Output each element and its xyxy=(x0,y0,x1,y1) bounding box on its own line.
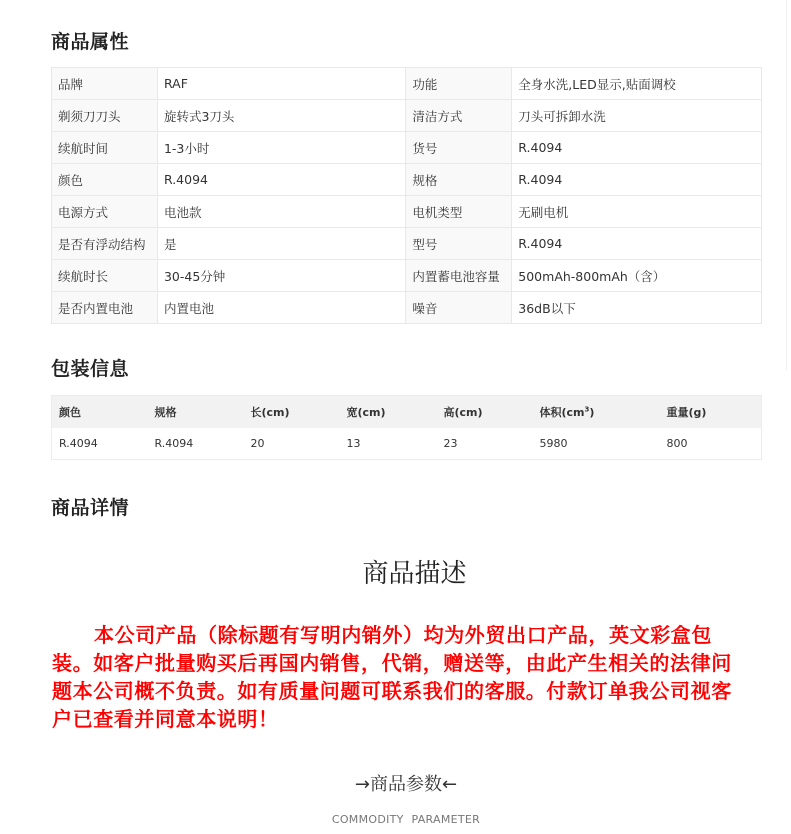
description-heading: 商品描述 xyxy=(0,553,791,590)
col-header-color: 颜色 xyxy=(52,396,148,428)
attribute-label: 内置蓄电池容量 xyxy=(406,260,512,292)
attribute-row: 颜色R.4094规格R.4094 xyxy=(52,164,762,196)
attribute-row: 是否有浮动结构是型号R.4094 xyxy=(52,228,762,260)
attribute-label: 剃须刀刀头 xyxy=(52,100,158,132)
cell-color: R.4094 xyxy=(52,428,148,460)
packaging-title: 包装信息 xyxy=(51,354,129,381)
attribute-value: 30-45分钟 xyxy=(157,260,405,292)
attribute-label: 货号 xyxy=(406,132,512,164)
attribute-value: 无刷电机 xyxy=(512,196,762,228)
attribute-value: 内置电池 xyxy=(157,292,405,324)
attribute-label: 型号 xyxy=(406,228,512,260)
attribute-value: R.4094 xyxy=(512,164,762,196)
attribute-value: R.4094 xyxy=(157,164,405,196)
attribute-value: 刀头可拆卸水洗 xyxy=(512,100,762,132)
col-header-spec: 规格 xyxy=(148,396,244,428)
attribute-value: 500mAh-800mAh（含） xyxy=(512,260,762,292)
cell-volume: 5980 xyxy=(533,428,660,460)
cell-length: 20 xyxy=(244,428,340,460)
cell-weight: 800 xyxy=(660,428,762,460)
col-header-width: 宽(cm) xyxy=(340,396,437,428)
attributes-title: 商品属性 xyxy=(51,27,129,54)
cell-width: 13 xyxy=(340,428,437,460)
cell-spec: R.4094 xyxy=(148,428,244,460)
attribute-value: 电池款 xyxy=(157,196,405,228)
attribute-value: 1-3小时 xyxy=(157,132,405,164)
volume-suffix: ) xyxy=(589,406,594,419)
col-header-length: 长(cm) xyxy=(244,396,340,428)
attribute-label: 续航时长 xyxy=(52,260,158,292)
attribute-label: 规格 xyxy=(406,164,512,196)
attribute-label: 是否内置电池 xyxy=(52,292,158,324)
attribute-label: 清洁方式 xyxy=(406,100,512,132)
scrollbar-track xyxy=(786,0,787,370)
attribute-row: 品牌RAF功能全身水洗,LED显示,贴面调校 xyxy=(52,68,762,100)
attribute-label: 电机类型 xyxy=(406,196,512,228)
attribute-label: 功能 xyxy=(406,68,512,100)
attribute-value: 是 xyxy=(157,228,405,260)
attribute-label: 续航时间 xyxy=(52,132,158,164)
attribute-value: 旋转式3刀头 xyxy=(157,100,405,132)
details-title: 商品详情 xyxy=(51,493,129,520)
attribute-label: 电源方式 xyxy=(52,196,158,228)
attribute-value: 全身水洗,LED显示,贴面调校 xyxy=(512,68,762,100)
col-header-height: 高(cm) xyxy=(437,396,533,428)
col-header-volume: 体积(cm3) xyxy=(533,396,660,428)
attribute-label: 品牌 xyxy=(52,68,158,100)
parameter-heading: →商品参数← xyxy=(0,770,791,796)
packaging-header-row: 颜色 规格 长(cm) 宽(cm) 高(cm) 体积(cm3) 重量(g) xyxy=(52,396,762,428)
attribute-value: R.4094 xyxy=(512,132,762,164)
product-detail-page: 商品属性 品牌RAF功能全身水洗,LED显示,贴面调校剃须刀刀头旋转式3刀头清洁… xyxy=(0,0,791,834)
attribute-row: 电源方式电池款电机类型无刷电机 xyxy=(52,196,762,228)
disclaimer-notice: 本公司产品（除标题有写明内销外）均为外贸出口产品，英文彩盒包装。如客户批量购买后… xyxy=(52,621,752,733)
attribute-row: 续航时间1-3小时货号R.4094 xyxy=(52,132,762,164)
cell-height: 23 xyxy=(437,428,533,460)
attribute-row: 剃须刀刀头旋转式3刀头清洁方式刀头可拆卸水洗 xyxy=(52,100,762,132)
attribute-row: 续航时长30-45分钟内置蓄电池容量500mAh-800mAh（含） xyxy=(52,260,762,292)
attributes-table: 品牌RAF功能全身水洗,LED显示,贴面调校剃须刀刀头旋转式3刀头清洁方式刀头可… xyxy=(51,67,762,324)
attribute-label: 噪音 xyxy=(406,292,512,324)
attribute-value: RAF xyxy=(157,68,405,100)
attribute-value: R.4094 xyxy=(512,228,762,260)
attribute-row: 是否内置电池内置电池噪音36dB以下 xyxy=(52,292,762,324)
packaging-row: R.4094 R.4094 20 13 23 5980 800 xyxy=(52,428,762,460)
volume-label: 体积(cm xyxy=(540,406,585,419)
attribute-label: 颜色 xyxy=(52,164,158,196)
col-header-weight: 重量(g) xyxy=(660,396,762,428)
attribute-label: 是否有浮动结构 xyxy=(52,228,158,260)
attribute-value: 36dB以下 xyxy=(512,292,762,324)
packaging-table: 颜色 规格 长(cm) 宽(cm) 高(cm) 体积(cm3) 重量(g) R.… xyxy=(51,395,762,460)
parameter-subheading: COMMODITY PARAMETER xyxy=(0,813,791,826)
